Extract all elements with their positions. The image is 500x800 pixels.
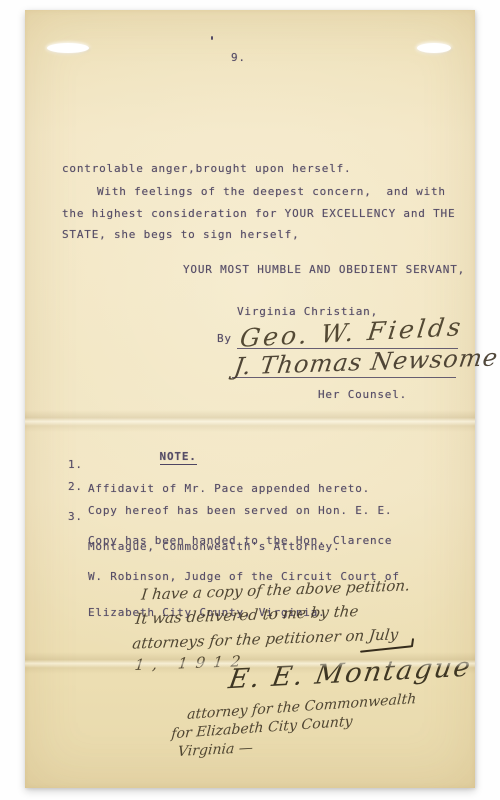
signatory-name: Virginia Christian, bbox=[237, 305, 378, 318]
body-line-1: controlable anger,brought upon herself. bbox=[62, 162, 351, 175]
page-number: 9. bbox=[231, 51, 246, 64]
counsel-label: Her Counsel. bbox=[318, 388, 407, 401]
ink-speck bbox=[211, 36, 213, 40]
note-item-3-line-1: Copy has been handed to the Hon. Clarenc… bbox=[88, 535, 400, 547]
pen-flourish-stroke bbox=[360, 645, 412, 652]
montague-signature: E. E. Montague bbox=[226, 652, 474, 696]
by-label: By bbox=[217, 332, 232, 345]
montague-title-line-3: Virginia — bbox=[177, 740, 254, 760]
servant-line: YOUR MOST HUMBLE AND OBEDIENT SERVANT, bbox=[183, 263, 465, 276]
paper-tear-mark-right bbox=[417, 43, 451, 53]
paper-sheet: 9. controlable anger,brought upon hersel… bbox=[25, 10, 475, 788]
body-line-4: STATE, she begs to sign herself, bbox=[62, 228, 300, 241]
body-line-2: With feelings of the deepest concern, an… bbox=[97, 185, 446, 198]
paper-tear-mark-left bbox=[47, 43, 89, 53]
scanned-document-page: 9. controlable anger,brought upon hersel… bbox=[0, 0, 500, 800]
fold-crease-upper bbox=[25, 410, 475, 432]
body-line-3: the highest consideration for YOUR EXCEL… bbox=[62, 207, 455, 220]
note-item-3-number: 3. bbox=[68, 511, 88, 643]
